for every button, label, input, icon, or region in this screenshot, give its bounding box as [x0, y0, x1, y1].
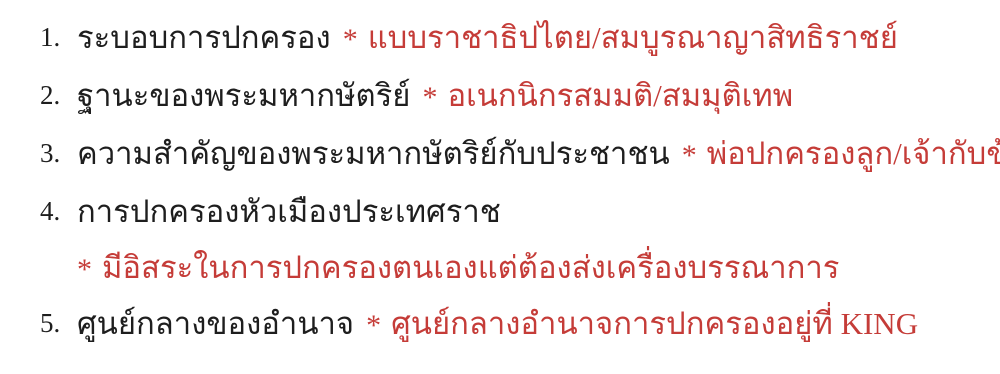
item-number: 1.: [40, 22, 77, 53]
item-label: การปกครองหัวเมืองประเทศราช: [77, 186, 501, 236]
item-number: 4.: [40, 196, 77, 227]
item-label: ระบอบการปกครอง: [77, 12, 331, 62]
item-number: 2.: [40, 80, 77, 111]
item-label: ฐานะของพระมหากษัตริย์: [77, 70, 410, 120]
list-item-3: 3. ความสำคัญของพระมหากษัตริย์กับประชาชน …: [40, 124, 990, 182]
list-item-1: 1. ระบอบการปกครอง * แบบราชาธิปไตย/สมบูรณ…: [40, 8, 990, 66]
item-label: ความสำคัญของพระมหากษัตริย์กับประชาชน: [77, 128, 670, 178]
list-item-4: 4. การปกครองหัวเมืองประเทศราช: [40, 182, 990, 240]
asterisk-marker: *: [422, 81, 437, 115]
item-number: 3.: [40, 138, 77, 169]
asterisk-marker: *: [77, 253, 92, 287]
document-page: 1. ระบอบการปกครอง * แบบราชาธิปไตย/สมบูรณ…: [0, 0, 1000, 374]
item-annotation: พ่อปกครองลูก/เจ้ากับข้า: [707, 128, 1000, 178]
asterisk-marker: *: [343, 23, 358, 57]
asterisk-marker: *: [366, 309, 381, 343]
item-annotation: อเนกนิกรสมมติ/สมมุติเทพ: [447, 70, 793, 120]
list-item-2: 2. ฐานะของพระมหากษัตริย์ * อเนกนิกรสมมติ…: [40, 66, 990, 124]
list-item-4-subline: * มีอิสระในการปกครองตนเองแต่ต้องส่งเครื่…: [40, 240, 990, 294]
subline-annotation: มีอิสระในการปกครองตนเองแต่ต้องส่งเครื่อง…: [102, 242, 839, 292]
item-number: 5.: [40, 308, 77, 339]
item-label: ศูนย์กลางของอำนาจ: [77, 298, 354, 348]
asterisk-marker: *: [682, 139, 697, 173]
item-annotation: แบบราชาธิปไตย/สมบูรณาญาสิทธิราชย์: [368, 12, 898, 62]
item-annotation: ศูนย์กลางอำนาจการปกครองอยู่ที่ KING: [391, 298, 918, 348]
list-item-5: 5. ศูนย์กลางของอำนาจ * ศูนย์กลางอำนาจการ…: [40, 294, 990, 352]
